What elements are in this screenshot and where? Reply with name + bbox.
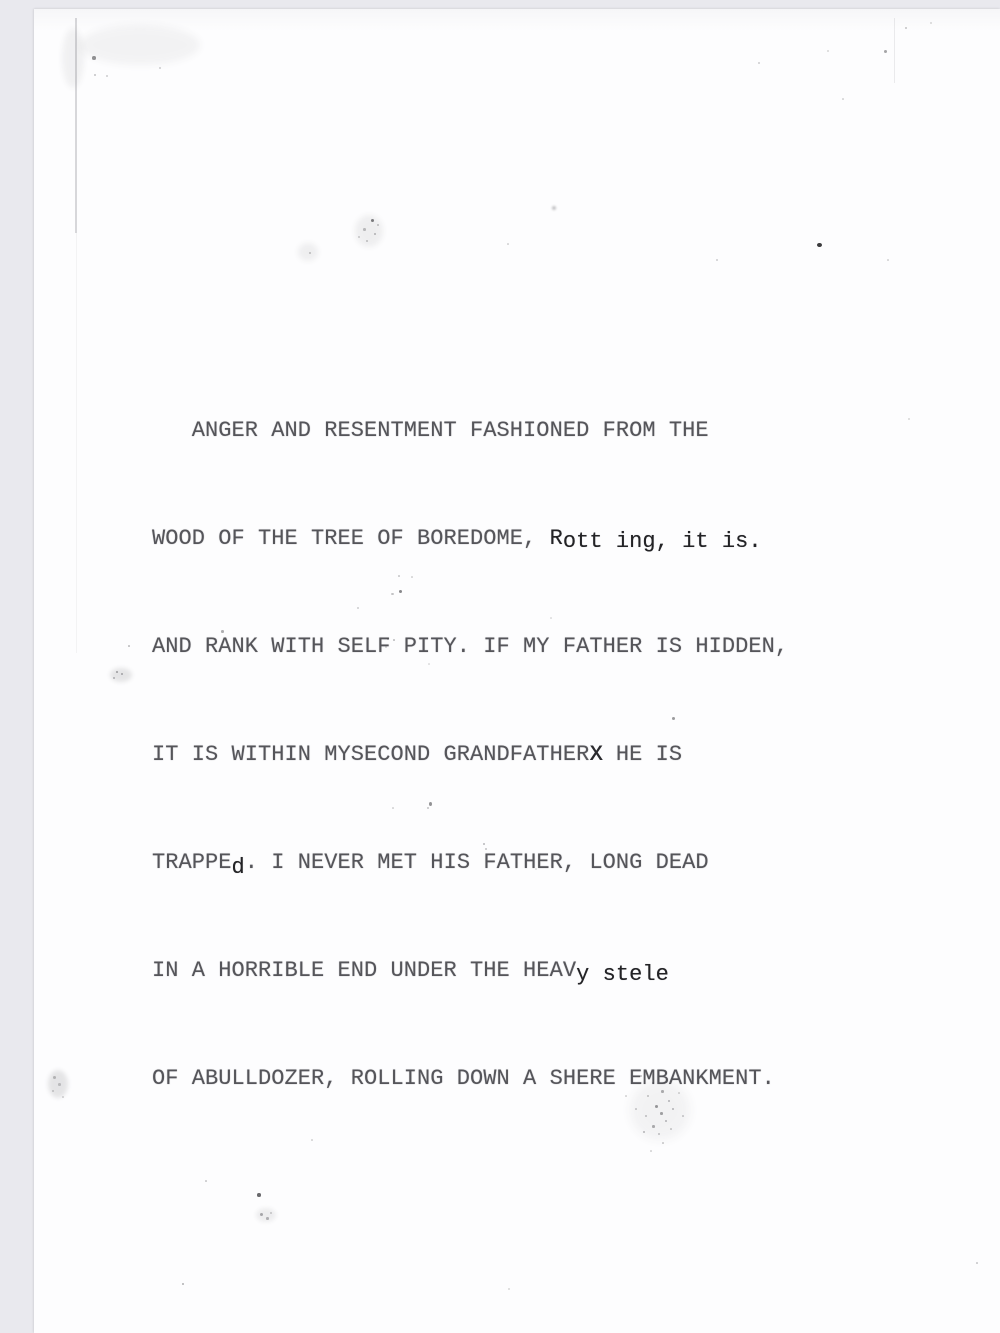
typed-text: ANGER AND RESENTMENT FASHIONED FROM THE — [152, 418, 709, 443]
typed-text: OF ABULLDOZER, ROLLING DOWN A SHERE EMBA… — [152, 1066, 775, 1091]
typed-text: IN A HORRIBLE END UNDER THE HEAV — [152, 958, 576, 983]
typed-text: IT IS WITHIN MYSECOND GRANDFATHER — [152, 742, 589, 767]
scan-fold-line — [75, 18, 77, 233]
typed-text: AND RANK WITH SELF PITY. IF MY FATHER IS… — [152, 634, 788, 659]
typed-line-3: AND RANK WITH SELF PITY. IF MY FATHER IS… — [152, 633, 852, 660]
typed-text-fresh: R — [550, 526, 563, 551]
typed-text-fresh: ott ing, it is. — [563, 529, 762, 554]
typed-line-2: WOOD OF THE TREE OF BOREDOME, Rott ing, … — [152, 525, 852, 552]
screenshot-root: { "doc": { "lines": [ [" ANGER AND RESEN… — [0, 0, 1000, 1333]
typed-line-1: ANGER AND RESENTMENT FASHIONED FROM THE — [152, 417, 852, 444]
typed-text: WOOD OF THE TREE OF BOREDOME, — [152, 526, 550, 551]
typed-line-5: TRAPPEd. I NEVER MET HIS FATHER, LONG DE… — [152, 849, 852, 876]
typed-line-4: IT IS WITHIN MYSECOND GRANDFATHERX HE IS — [152, 741, 852, 768]
typed-text-fresh: d — [232, 855, 245, 880]
typed-text: . I NEVER MET HIS FATHER, LONG DEAD — [245, 850, 709, 875]
typed-text: HE IS — [603, 742, 683, 767]
scan-fold-line — [894, 18, 895, 83]
scan-fold-line — [76, 233, 77, 653]
typewritten-paragraph: ANGER AND RESENTMENT FASHIONED FROM THE … — [152, 363, 852, 1146]
typed-line-6: IN A HORRIBLE END UNDER THE HEAVy stele — [152, 957, 852, 984]
typed-text: TRAPPE — [152, 850, 232, 875]
typed-text-fresh: y stele — [576, 962, 669, 987]
typed-line-7: OF ABULLDOZER, ROLLING DOWN A SHERE EMBA… — [152, 1065, 852, 1092]
scanned-page: ANGER AND RESENTMENT FASHIONED FROM THE … — [34, 9, 1000, 1333]
typed-text-overstrike: X — [589, 742, 602, 767]
